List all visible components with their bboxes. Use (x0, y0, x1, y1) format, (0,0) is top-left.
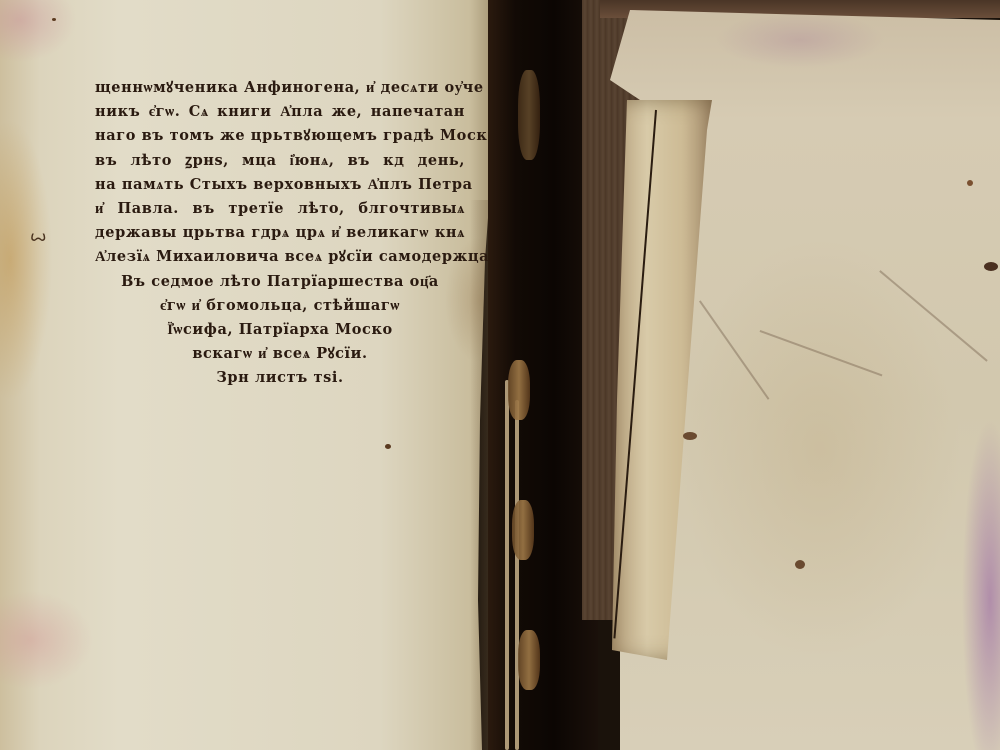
colophon-text: щеннѡмꙋченика Анфиногена, и҆ десѧти оу҆ч… (95, 76, 465, 390)
stain-spot (683, 432, 697, 440)
binding-knot (518, 70, 540, 160)
binding-cord (505, 380, 509, 750)
margin-mark: ꙍ (30, 226, 46, 245)
text-line: Въ седмое лѣто Патрїаршества оц҃а (95, 270, 465, 294)
text-line: є҆гѡ и҆ бгомольца, стѣйшагѡ (95, 294, 465, 318)
text-line: Ї҆ѡсифа, Патрїарха Моско (95, 318, 465, 342)
binding-cord (515, 400, 519, 750)
ink-spot (52, 18, 56, 21)
binding-knot (512, 500, 534, 560)
text-line: въ лѣто ꙁрнѕ, мца і҆юнѧ, въ кд день, (95, 149, 465, 173)
text-line: на памѧть Стыхъ верховныхъ А҆плъ Петра (95, 173, 465, 197)
text-line: Зрн листъ тѕі. (95, 366, 465, 390)
text-line: А҆лезїѧ Михаиловича всеѧ рꙋсїи самодержц… (95, 245, 465, 269)
binding-knot (508, 360, 530, 420)
text-line: наго въ томъ же црьтвꙋющемъ градѣ Москвѣ… (95, 124, 465, 148)
book-photo: ꙍ щеннѡмꙋченика Анфиногена, и҆ десѧти оу… (0, 0, 1000, 750)
text-line: никъ є҆гѡ. Сѧ книги А҆пла же, напечатан (95, 100, 465, 124)
text-line: и҆ Павла. въ третїе лѣто, блгочтивыѧ (95, 197, 465, 221)
binding-knot (518, 630, 540, 690)
stain-spot (795, 560, 805, 569)
text-line: державы црьтва гдрѧ црѧ и҆ великагѡ кнѧ (95, 221, 465, 245)
ink-spot (385, 444, 391, 449)
stain-spot (984, 262, 998, 271)
text-line: вскагѡ и҆ всеѧ Рꙋсїи. (95, 342, 465, 366)
text-line: щеннѡмꙋченика Анфиногена, и҆ десѧти оу҆ч… (95, 76, 465, 100)
stain-spot (967, 180, 973, 186)
